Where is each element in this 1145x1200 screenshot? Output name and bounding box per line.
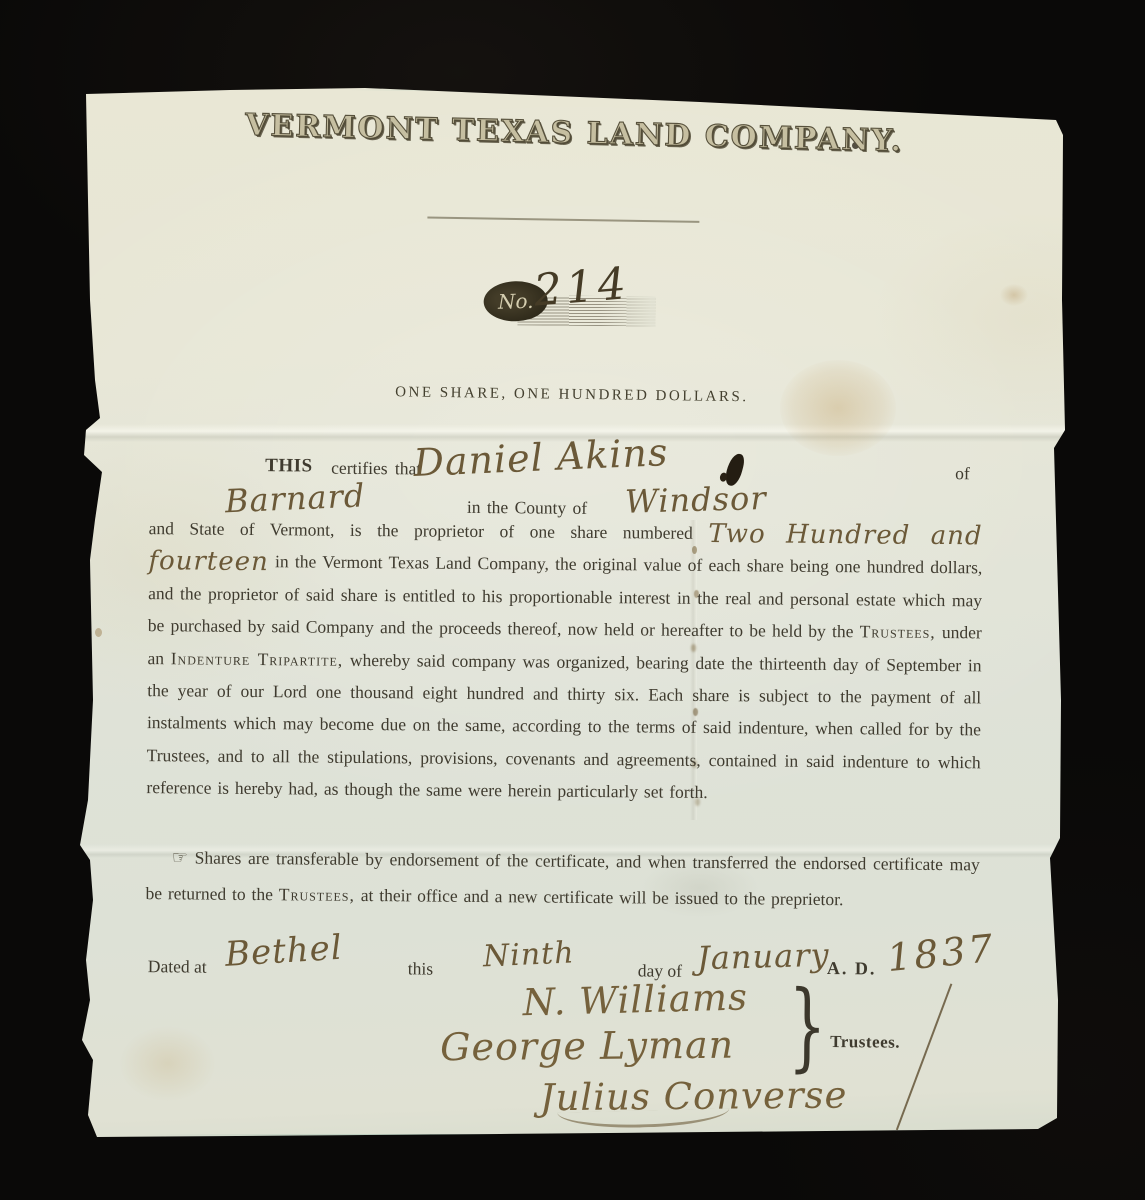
brace-icon: }: [788, 978, 827, 1074]
signature-1: N. Williams: [522, 975, 748, 1024]
paper-edge-glint-top: [350, 88, 1050, 91]
signature-2: George Lyman: [440, 1023, 734, 1070]
trustees-role-label: Trustees.: [830, 1032, 900, 1053]
signature-block: N. Williams George Lyman Julius Converse…: [71, 87, 1068, 1148]
signature-underline-flourish: [557, 1108, 729, 1129]
photo-background: VERMONT TEXAS LAND COMPANY. No. 214 ONE …: [0, 0, 1145, 1200]
pen-stroke-flourish: [896, 983, 953, 1130]
certificate-paper: VERMONT TEXAS LAND COMPANY. No. 214 ONE …: [80, 88, 1068, 1140]
certificate-content: VERMONT TEXAS LAND COMPANY. No. 214 ONE …: [71, 87, 1068, 1148]
